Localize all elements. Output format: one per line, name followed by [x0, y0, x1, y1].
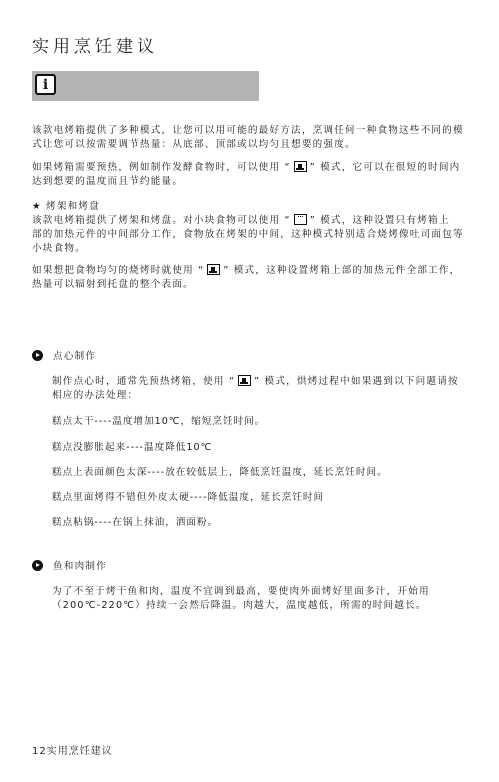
text-line: 式让您可以按需要调节热量：从底部、顶部或以均匀且想要的强度。: [32, 138, 492, 152]
pastry-tip: 糕点里面烤得不错但外皮太硬----降低温度，延长烹饪时间: [52, 489, 324, 503]
pastry-tip: 糕点太干----温度增加10℃，缩短烹饪时间。: [52, 413, 265, 427]
text-line: （200℃-220℃）持续一会然后降温。肉越大，温度越低，所需的时间越长。: [52, 599, 499, 613]
pastry-tip: 糕点没膨胀起来----温度降低10℃: [52, 439, 212, 453]
pastry-tip: 糕点上表面颜色太深----放在较低层上，降低烹饪温度，延长烹饪时间。: [52, 464, 388, 478]
page-title: 实用烹饪建议: [32, 32, 158, 57]
grill-heading: ★ 烤架和烤盘: [32, 200, 492, 214]
text-line: 为了不至于烤干鱼和肉，温度不宜调到最高，要使肉外面烤好里面多汁，开始用: [52, 585, 499, 599]
text-fragment: ” 模式，这种设置烤箱上部的加热元件全部工作，: [223, 265, 460, 276]
info-icon: i: [35, 74, 56, 95]
play-bullet-icon: [32, 350, 43, 361]
text-line: 部的加热元件的中间部分工作，食物放在烤架的中间，这种模式特别适合烧烤像吐司面包等: [32, 228, 492, 242]
intro-paragraph-grill: ★ 烤架和烤盘 该款电烤箱提供了烤架和烤盘。对小块食物可以使用 “” 模式，这种…: [32, 200, 492, 256]
text-line: 该款电烤箱提供了多种模式，让您可以用可能的最好方法，烹调任何一种食物这些不同的模: [32, 124, 492, 138]
text-line: 如果烤箱需要预热，例如制作发酵食物时，可以使用 “” 模式，它可以在很短的时间内: [32, 161, 492, 175]
text-line: 达到想要的温度而且节约能量。: [32, 175, 492, 189]
fish-meat-description: 为了不至于烤干鱼和肉，温度不宜调到最高，要使肉外面烤好里面多汁，开始用 （200…: [52, 585, 499, 613]
text-fragment: 该款电烤箱提供了烤架和烤盘。对小块食物可以使用 “: [32, 215, 291, 226]
text-line: 如果想把食物均匀的烧烤时就使用 “” 模式，这种设置烤箱上部的加热元件全部工作，: [32, 264, 492, 278]
fan-bottom-heat-mode-icon: [294, 161, 307, 172]
full-grill-mode-icon: [207, 264, 220, 275]
play-bullet-icon: [32, 560, 43, 571]
section-title: 鱼和肉制作: [53, 558, 107, 572]
pastry-description: 制作点心时，通常先预热烤箱，使用 “” 模式，烘烤过程中如果遇到以下问题请按 相…: [52, 375, 499, 403]
text-fragment: 制作点心时，通常先预热烤箱，使用 “: [52, 376, 235, 387]
intro-paragraph-modes: 该款电烤箱提供了多种模式，让您可以用可能的最好方法，烹调任何一种食物这些不同的模…: [32, 124, 492, 152]
text-fragment: ” 模式，它可以在很短的时间内: [310, 162, 461, 173]
text-line: 该款电烤箱提供了烤架和烤盘。对小块食物可以使用 “” 模式，这种设置只有烤箱上: [32, 214, 492, 228]
text-fragment: ” 模式，烘烤过程中如果遇到以下问题请按: [254, 376, 459, 387]
text-line: 热量可以辐射到托盘的整个表面。: [32, 278, 492, 292]
section-heading-pastry: 点心制作: [32, 348, 96, 362]
intro-paragraph-full-grill: 如果想把食物均匀的烧烤时就使用 “” 模式，这种设置烤箱上部的加热元件全部工作，…: [32, 264, 492, 292]
fan-bottom-heat-mode-icon: [238, 375, 251, 386]
text-fragment: ” 模式，这种设置只有烤箱上: [310, 215, 450, 226]
intro-paragraph-preheat: 如果烤箱需要预热，例如制作发酵食物时，可以使用 “” 模式，它可以在很短的时间内…: [32, 161, 492, 189]
section-title: 点心制作: [53, 348, 96, 362]
text-fragment: 如果烤箱需要预热，例如制作发酵食物时，可以使用 “: [32, 162, 291, 173]
page-footer: 12实用烹饪建议: [32, 742, 113, 757]
inner-grill-mode-icon: [294, 214, 307, 225]
info-banner: i: [32, 71, 259, 101]
pastry-tip: 糕点粘锅----在锅上抹油，洒面粉。: [52, 514, 218, 528]
section-heading-fish-meat: 鱼和肉制作: [32, 558, 107, 572]
text-line: 相应的办法处理：: [52, 389, 499, 403]
text-line: 制作点心时，通常先预热烤箱，使用 “” 模式，烘烤过程中如果遇到以下问题请按: [52, 375, 499, 389]
text-line: 小块食物。: [32, 242, 492, 256]
text-fragment: 如果想把食物均匀的烧烤时就使用 “: [32, 265, 204, 276]
